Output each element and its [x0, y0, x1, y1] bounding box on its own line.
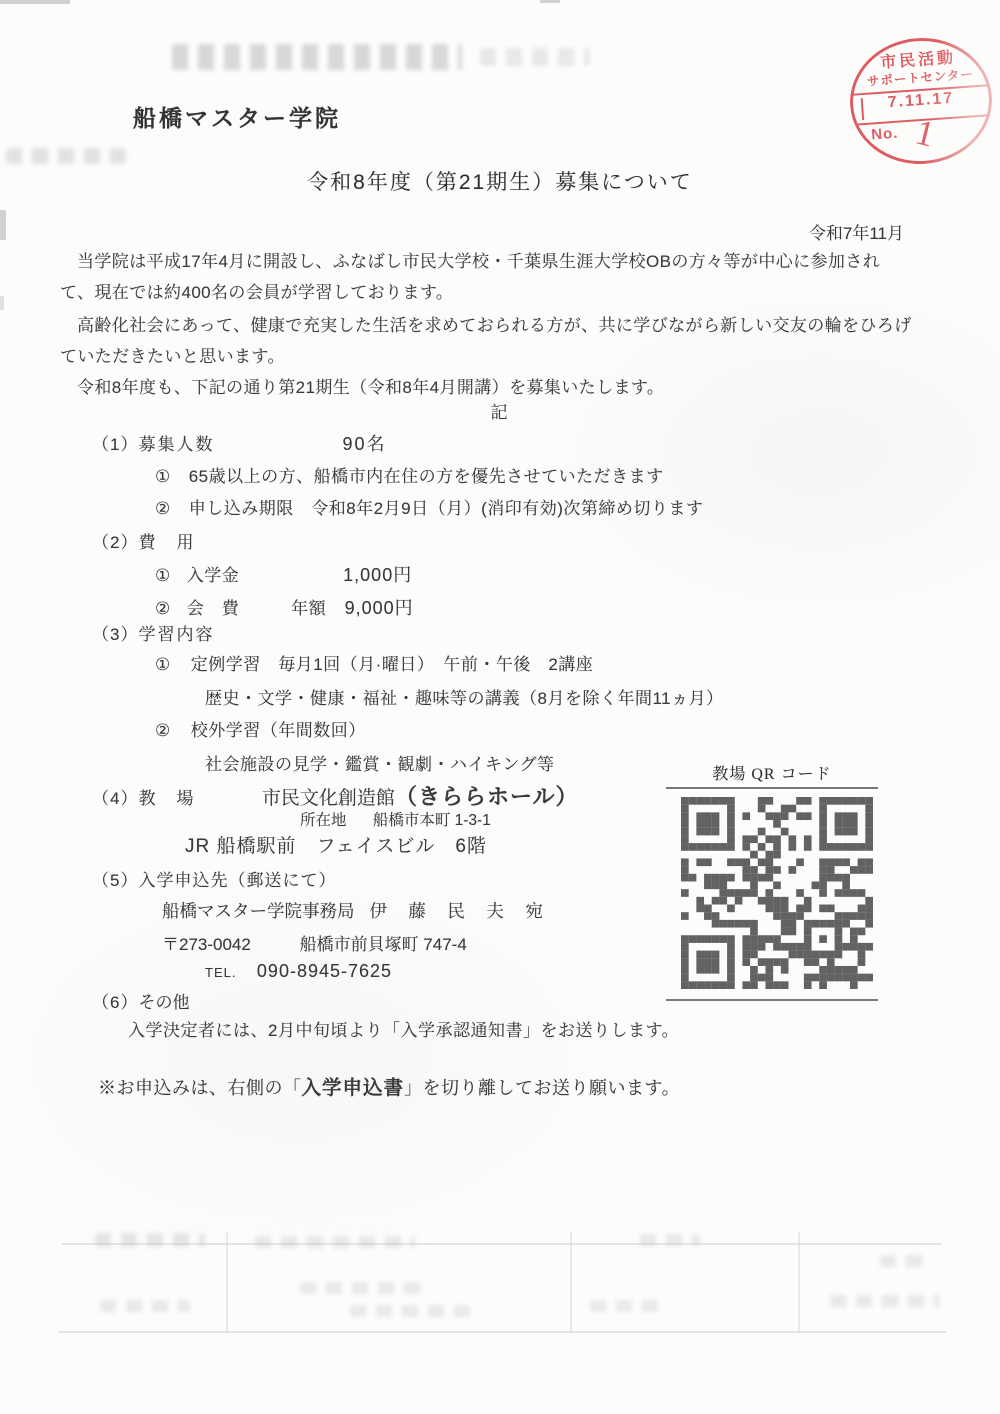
scan-artifact — [0, 0, 70, 4]
section-3-item-2-detail: 社会施設の見学・鑑賞・観劇・ハイキング等 — [205, 750, 555, 775]
section-4-heading: （4）教 場 市民文化創造館（きららホール） — [92, 780, 579, 811]
footnote-pre: ※お申込みは、右側の「 — [98, 1078, 302, 1098]
circled-2-icon: ② — [155, 499, 170, 518]
section-3-title: 学習内容 — [138, 625, 214, 644]
section-1-item-1: ① 65歳以上の方、船橋市内在住の方を優先させていただきます — [155, 462, 664, 487]
circled-1-icon: ① — [155, 467, 170, 486]
section-1-item-2-text: 申し込み期限 令和8年2月9日（月）(消印有効)次第締め切ります — [189, 499, 704, 518]
fee-entry-label: 入学金 — [187, 561, 339, 586]
section-3-number: （3） — [92, 625, 138, 644]
circled-2-icon: ② — [155, 721, 170, 740]
mailing-address: 船橋市前貝塚町 747-4 — [300, 935, 467, 954]
section-2-item-2: ② 会 費 年額 9,000円 — [155, 594, 414, 620]
mailing-office-line: 船橋マスター学院事務局 伊 藤 民 夫 宛 — [162, 898, 545, 923]
footnote: ※お申込みは、右側の「入学申込書」を切り離してお送り願います。 — [98, 1072, 680, 1100]
circled-1-icon: ① — [155, 566, 170, 585]
section-2-title: 費 用 — [138, 533, 195, 552]
section-6-heading: （6）その他 — [92, 988, 189, 1013]
section-1-value: 90名 — [342, 434, 386, 454]
qr-bottom-rule — [666, 999, 878, 1001]
section-2-number: （2） — [92, 533, 138, 552]
section-5-heading: （5）入学申込先（郵送にて） — [92, 866, 336, 891]
section-3-heading: （3）学習内容 — [92, 620, 214, 645]
section-5-number: （5） — [92, 871, 138, 890]
address-label: 所在地 — [300, 812, 347, 829]
page-title: 令和8年度（第21期生）募集について — [0, 166, 1000, 196]
qr-code — [681, 797, 873, 989]
scan-artifact — [540, 0, 560, 3]
intro-paragraph-1: 当学院は平成17年4月に開設し、ふなばし市民大学校・千葉県生涯大学校OBの方々等… — [60, 246, 914, 308]
address-value: 船橋市本町 1-3-1 — [373, 812, 491, 829]
section-1-title: 募集人数 — [138, 435, 214, 454]
section-3-item-1-detail: 歴史・文学・健康・福祉・趣味等の講義（8月を除く年間11ヵ月） — [205, 684, 724, 709]
office-name: 船橋マスター学院事務局 — [162, 901, 355, 921]
section-2-item-1: ① 入学金 1,000円 — [155, 561, 412, 587]
addressee-name: 伊 藤 民 夫 宛 — [369, 901, 545, 921]
issue-date: 令和7年11月 — [809, 219, 904, 244]
show-through-text — [480, 48, 590, 66]
tel-label: TEL. — [205, 965, 236, 980]
circled-1-icon: ① — [155, 655, 170, 674]
section-2-heading: （2）費 用 — [92, 528, 195, 553]
scan-artifact — [0, 296, 4, 310]
qr-caption-underline — [666, 787, 878, 789]
institution-name: 船橋マスター学院 — [133, 100, 341, 133]
section-3-item-1: ① 定例学習 毎月1回（月·曜日） 午前・午後 2講座 — [155, 650, 593, 675]
venue-name: 市民文化創造館 — [262, 788, 395, 809]
venue-address-line: 所在地 船橋市本町 1-3-1 — [300, 808, 491, 830]
section-3-item-2: ② 校外学習（年間数回） — [155, 716, 366, 741]
mailing-address-line: 〒273-0042 船橋市前貝塚町 747-4 — [162, 930, 467, 955]
section-4-number: （4） — [92, 789, 138, 808]
section-5-title: 入学申込先（郵送にて） — [138, 871, 336, 890]
scanned-document-page: 船橋マスター学院 市民活動 サポートセンター 7.11.17 No. 1 令和8… — [0, 0, 1000, 1414]
fee-entry-period: 年額 — [291, 599, 326, 618]
stamp-no-label: No. — [871, 125, 899, 144]
footnote-form-name: 入学申込書 — [302, 1077, 405, 1099]
footnote-post: 」を切り離してお送り願います。 — [404, 1078, 680, 1098]
section-1-heading: （1）募集人数90名 — [92, 430, 387, 456]
section-6-title: その他 — [138, 993, 189, 1012]
record-marker: 記 — [0, 398, 1000, 423]
show-through-text — [172, 44, 462, 70]
section-1-number: （1） — [92, 435, 138, 454]
section-6-number: （6） — [92, 993, 138, 1012]
venue-access-line: JR 船橋駅前 フェイスビル 6階 — [185, 831, 487, 858]
fee-entry-value: 1,000円 — [343, 565, 412, 585]
venue-hall-name: （きららホール） — [395, 784, 579, 809]
section-3-item-1-text: 定例学習 毎月1回（月·曜日） 午前・午後 2講座 — [191, 655, 594, 674]
section-1-item-2: ② 申し込み期限 令和8年2月9日（月）(消印有効)次第締め切ります — [155, 494, 703, 519]
section-3-item-2-text: 校外学習（年間数回） — [191, 721, 366, 740]
postal-code: 〒273-0042 — [162, 935, 251, 954]
fee-entry-label: 会 費 — [187, 594, 287, 619]
qr-caption: 教場 QR コード — [666, 761, 878, 784]
phone-line: TEL. 090-8945-7625 — [205, 961, 392, 982]
intro-paragraph-2: 高齢化社会にあって、健康で充実した生活を求めておられる方が、共に学びながら新しい… — [60, 310, 914, 372]
tel-number: 090-8945-7625 — [257, 961, 392, 981]
show-through-text — [6, 148, 126, 164]
circled-2-icon: ② — [155, 599, 170, 618]
section-6-text: 入学決定者には、2月中旬頃より「入学承認通知書」をお送りします。 — [128, 1016, 679, 1041]
scan-artifact — [0, 210, 6, 240]
section-1-item-1-text: 65歳以上の方、船橋市内在住の方を優先させていただきます — [189, 467, 664, 486]
fee-entry-value: 9,000円 — [345, 598, 414, 618]
section-4-title: 教 場 — [138, 789, 195, 808]
